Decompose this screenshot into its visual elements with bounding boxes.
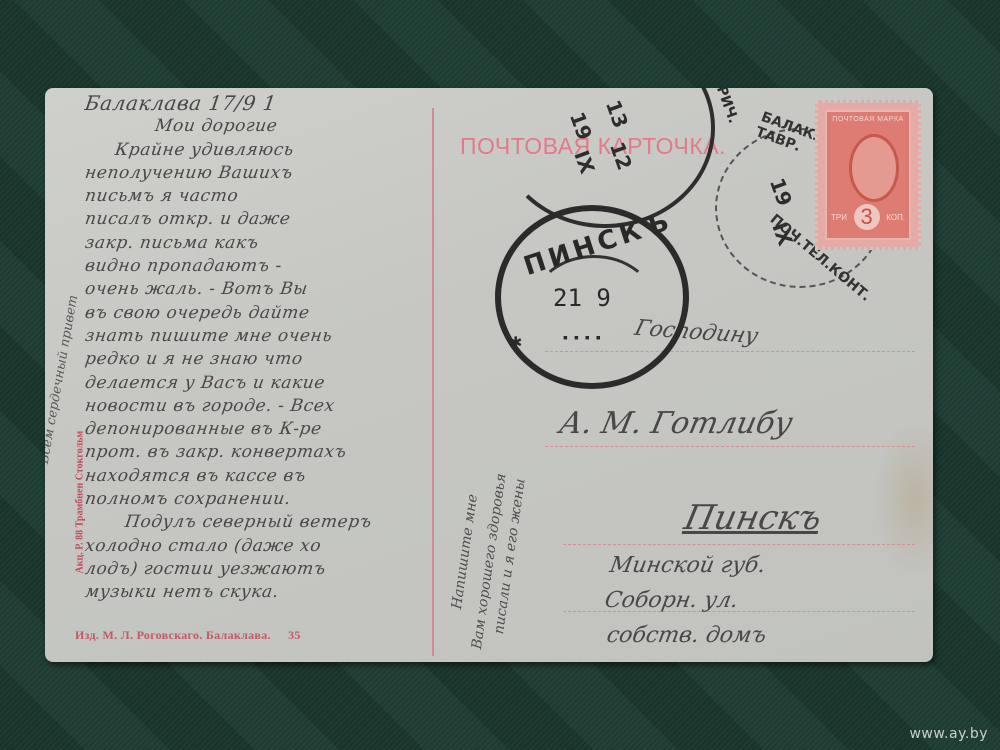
address-region: Минской губ. (608, 553, 768, 578)
stamp-right-text: КОП. (886, 213, 905, 222)
star-icon: ✱ (509, 333, 522, 353)
message-line: въ свою очередь дайте (83, 302, 426, 325)
message-line: писалъ откр. и даже (83, 208, 426, 231)
message-line: Подулъ северный ветеръ (83, 511, 426, 534)
eagle-emblem-icon (849, 134, 899, 202)
message-line: музыки нетъ скука. (83, 581, 426, 604)
watermark: www.ay.by (909, 726, 988, 742)
message-line: Крайне удивляюсь (83, 139, 426, 162)
message-line: делается у Васъ и какие (83, 372, 426, 395)
message-line: очень жаль. - Вотъ Вы (83, 278, 426, 301)
address-city: Пинскъ (681, 498, 825, 538)
address-house: собств. домъ (605, 623, 768, 648)
stamp-left-text: ТРИ (831, 213, 847, 222)
message-line: знать пишите мне очень (83, 325, 426, 348)
place-date: Балаклава 17/9 1 (83, 92, 426, 115)
age-stain (873, 418, 933, 578)
address-street: Соборн. ул. (603, 588, 740, 613)
message-line: полномъ сохранении. (83, 488, 426, 511)
message-line: депонированные въ К-ре (83, 418, 426, 441)
message-line: письмъ я часто (83, 185, 426, 208)
address-line (563, 544, 915, 545)
stamp-value: 3 (854, 204, 880, 230)
postcard: ПОЧТОВАЯ КАРТОЧКА. Акц. Р. 88 Трамбнен С… (45, 88, 933, 662)
postmark-date: 21 9 (553, 284, 611, 312)
postmark-pinsk: ПИНСКЪ 21 9 ✱ ▪▪▪▪ (495, 205, 689, 389)
message-line: редко и я не знаю что (83, 348, 426, 371)
address-line (545, 446, 915, 447)
address-recipient: А. М. Готлибу (556, 406, 796, 441)
message-line: холодно стало (даже хо (83, 535, 426, 558)
message-line: лодъ) гостии уезжаютъ (83, 558, 426, 581)
message-line: новости въ городе. - Всех (83, 395, 426, 418)
message-line: находятся въ кассе въ (83, 465, 426, 488)
publisher-number: 35 (288, 628, 301, 642)
postmark-town: ТАВРИЧ. (702, 88, 741, 125)
message-line: видно пропадаютъ - (83, 255, 426, 278)
message-body: Балаклава 17/9 1 Мои дорогие Крайне удив… (85, 92, 425, 605)
stamp-top-text: ПОЧТОВАЯ МАРКА (827, 116, 909, 123)
postage-stamp: ПОЧТОВАЯ МАРКА ТРИ 3 КОП. (815, 100, 921, 250)
message-line: неполучению Вашихъ (83, 162, 426, 185)
publisher-name: Изд. М. Л. Роговскаго. Балаклава. (75, 628, 271, 642)
center-divider-line (432, 108, 434, 656)
message-line: Мои дорогие (83, 115, 426, 138)
publisher-imprint: Изд. М. Л. Роговскаго. Балаклава. 35 (75, 628, 301, 643)
postmark-dots: ▪▪▪▪ (563, 329, 607, 345)
message-line: прот. въ закр. конвертахъ (83, 441, 426, 464)
message-line: закр. письма какъ (83, 232, 426, 255)
